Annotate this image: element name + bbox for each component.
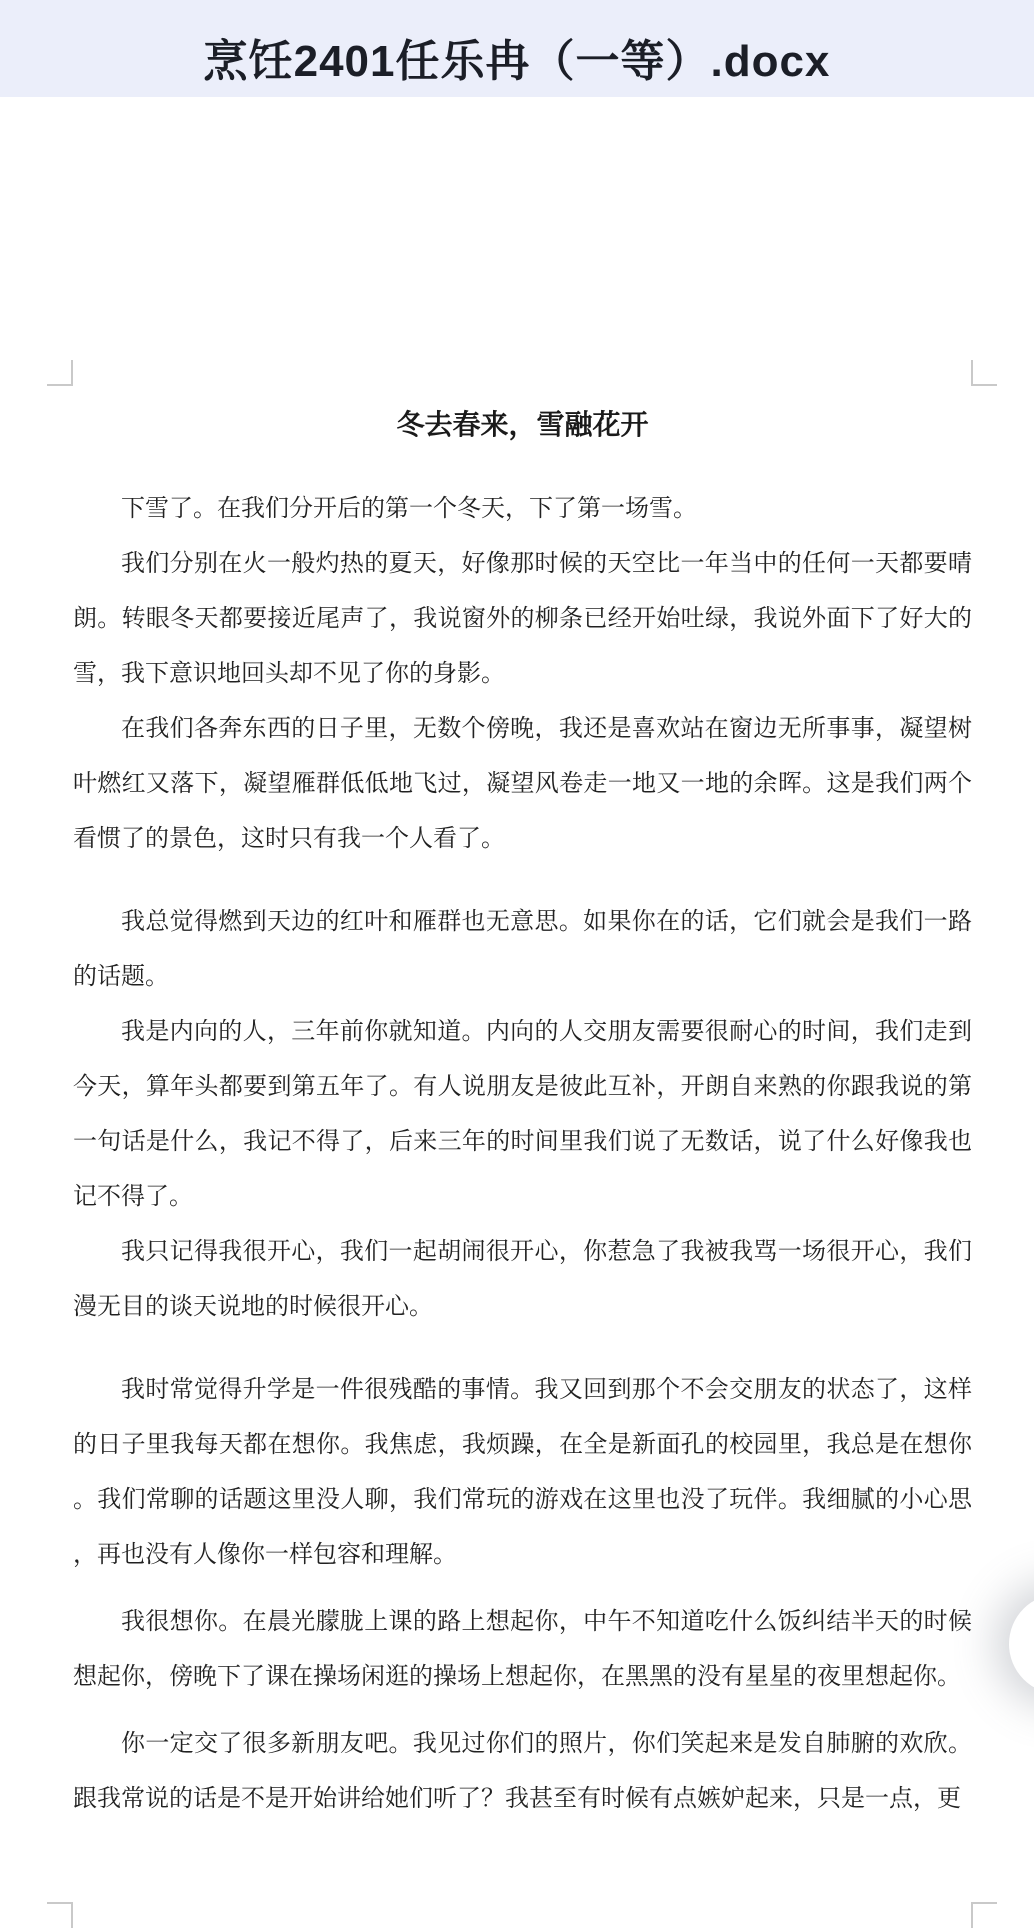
paragraph: 我只记得我很开心，我们一起胡闹很开心，你惹急了我被我骂一场很开心，我们漫无目的谈… — [73, 1224, 972, 1334]
file-title-bar: 烹饪2401任乐冉（一等）.docx — [0, 0, 1034, 97]
file-title: 烹饪2401任乐冉（一等）.docx — [204, 25, 831, 89]
paragraph: 在我们各奔东西的日子里，无数个傍晚，我还是喜欢站在窗边无所事事，凝望树叶燃红又落… — [73, 701, 972, 866]
paragraph: 我时常觉得升学是一件很残酷的事情。我又回到那个不会交朋友的状态了，这样的日子里我… — [73, 1362, 972, 1582]
document-text-area: 冬去春来，雪融花开 下雪了。在我们分开后的第一个冬天，下了第一场雪。 我们分别在… — [73, 405, 972, 1826]
page-margin-mark-top-left — [47, 360, 73, 386]
paragraph: 我是内向的人，三年前你就知道。内向的人交朋友需要很耐心的时间，我们走到今天，算年… — [73, 1004, 972, 1224]
page-margin-mark-bottom-left — [47, 1902, 73, 1928]
paragraph: 我总觉得燃到天边的红叶和雁群也无意思。如果你在的话，它们就会是我们一路的话题。 — [73, 894, 972, 1004]
page-margin-mark-top-right — [971, 360, 997, 386]
paragraph: 下雪了。在我们分开后的第一个冬天，下了第一场雪。 — [73, 481, 972, 536]
paragraph: 我们分别在火一般灼热的夏天，好像那时候的天空比一年当中的任何一天都要晴朗。转眼冬… — [73, 536, 972, 701]
paragraph: 我很想你。在晨光朦胧上课的路上想起你，中午不知道吃什么饭纠结半天的时候想起你，傍… — [73, 1594, 972, 1704]
page-margin-mark-bottom-right — [971, 1902, 997, 1928]
floating-handle-button[interactable] — [1009, 1594, 1034, 1694]
document-page: 冬去春来，雪融花开 下雪了。在我们分开后的第一个冬天，下了第一场雪。 我们分别在… — [0, 97, 1034, 1932]
document-title: 冬去春来，雪融花开 — [73, 405, 972, 445]
paragraph: 你一定交了很多新朋友吧。我见过你们的照片，你们笑起来是发自肺腑的欢欣。跟我常说的… — [73, 1716, 972, 1826]
